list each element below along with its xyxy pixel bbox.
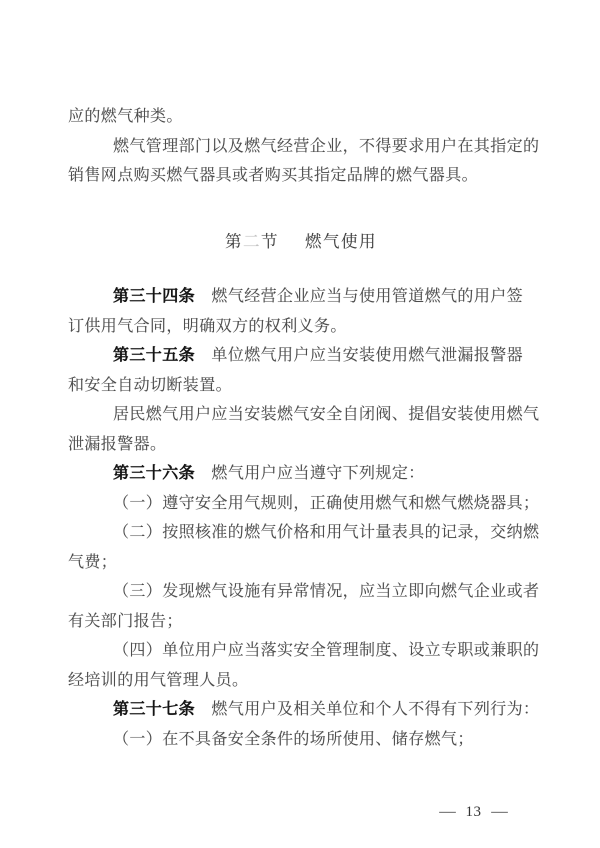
- text-segment: 和安全自动切断装置。: [68, 377, 232, 394]
- page-number-dash-left: —: [439, 804, 456, 821]
- text-line: 燃气管理部门以及燃气经营企业，不得要求用户在其指定的: [68, 132, 534, 162]
- text-segment: 销售网点购买燃气器具或者购买其指定品牌的燃气器具。: [68, 167, 478, 184]
- document-page: 应的燃气种类。燃气管理部门以及燃气经营企业，不得要求用户在其指定的销售网点购买燃…: [0, 0, 600, 848]
- text-line: （一）在不具备安全条件的场所使用、储存燃气；: [68, 725, 534, 755]
- article-number: 第三十六条: [113, 465, 195, 482]
- text-line: （四）单位用户应当落实安全管理制度、设立专职或兼职的: [68, 636, 534, 666]
- text-line: 第三十五条 单位燃气用户应当安装使用燃气泄漏报警器: [68, 341, 534, 371]
- text-segment: 燃气用户及相关单位和个人不得有下列行为：: [195, 701, 539, 718]
- heading-gap: [279, 227, 305, 257]
- text-line: 第三十七条 燃气用户及相关单位和个人不得有下列行为：: [68, 695, 534, 725]
- text-segment: （一）遵守安全用气规则，正确使用燃气和燃气燃烧器具；: [113, 495, 539, 512]
- text-segment: 订供用气合同，明确双方的权利义务。: [68, 318, 347, 335]
- article-number: 第三十五条: [113, 347, 195, 364]
- text-segment: （二）按照核准的燃气价格和用气计量表具的记录，交纳燃: [113, 524, 539, 541]
- text-segment: 居民燃气用户应当安装燃气安全自闭阀、提倡安装使用燃气: [113, 406, 539, 423]
- heading-text: 第: [225, 232, 243, 251]
- text-segment: （三）发现燃气设施有异常情况，应当立即向燃气企业或者: [113, 583, 539, 600]
- text-segment: 经培训的用气管理人员。: [68, 672, 248, 689]
- text-line: 居民燃气用户应当安装燃气安全自闭阀、提倡安装使用燃气: [68, 400, 534, 430]
- text-segment: 燃气用户应当遵守下列规定：: [195, 465, 425, 482]
- text-segment: （一）在不具备安全条件的场所使用、储存燃气；: [113, 731, 474, 748]
- page-number-value: 13: [466, 804, 482, 821]
- article-number: 第三十四条: [113, 288, 195, 305]
- page-number-dash-right: —: [491, 804, 508, 821]
- text-content: 应的燃气种类。燃气管理部门以及燃气经营企业，不得要求用户在其指定的销售网点购买燃…: [68, 102, 534, 754]
- text-line: 和安全自动切断装置。: [68, 371, 534, 401]
- text-line: （一）遵守安全用气规则，正确使用燃气和燃气燃烧器具；: [68, 489, 534, 519]
- text-line: （二）按照核准的燃气价格和用气计量表具的记录，交纳燃: [68, 518, 534, 548]
- section-heading: 第二节 燃气使用: [68, 227, 534, 257]
- text-line: 第三十六条 燃气用户应当遵守下列规定：: [68, 459, 534, 489]
- text-line: 气费；: [68, 548, 534, 578]
- heading-text: 节: [261, 232, 279, 251]
- heading-text: 燃气使用: [305, 232, 377, 251]
- text-segment: 燃气管理部门以及燃气经营企业，不得要求用户在其指定的: [113, 138, 539, 155]
- text-line: 订供用气合同，明确双方的权利义务。: [68, 312, 534, 342]
- text-segment: 有关部门报告；: [68, 613, 183, 630]
- text-line: 第三十四条 燃气经营企业应当与使用管道燃气的用户签: [68, 282, 534, 312]
- text-line: 泄漏报警器。: [68, 430, 534, 460]
- text-line: 经培训的用气管理人员。: [68, 666, 534, 696]
- text-line: 有关部门报告；: [68, 607, 534, 637]
- text-line: 销售网点购买燃气器具或者购买其指定品牌的燃气器具。: [68, 161, 534, 191]
- text-segment: 单位燃气用户应当安装使用燃气泄漏报警器: [195, 347, 523, 364]
- text-segment: 气费；: [68, 554, 117, 571]
- article-number: 第三十七条: [113, 701, 195, 718]
- text-segment: 应的燃气种类。: [68, 108, 183, 125]
- text-segment: 泄漏报警器。: [68, 436, 166, 453]
- text-line: 应的燃气种类。: [68, 102, 534, 132]
- text-segment: 燃气经营企业应当与使用管道燃气的用户签: [195, 288, 523, 305]
- text-segment: （四）单位用户应当落实安全管理制度、设立专职或兼职的: [113, 642, 539, 659]
- text-line: （三）发现燃气设施有异常情况，应当立即向燃气企业或者: [68, 577, 534, 607]
- heading-faded-char: 二: [243, 232, 261, 251]
- page-number: —13—: [440, 804, 507, 821]
